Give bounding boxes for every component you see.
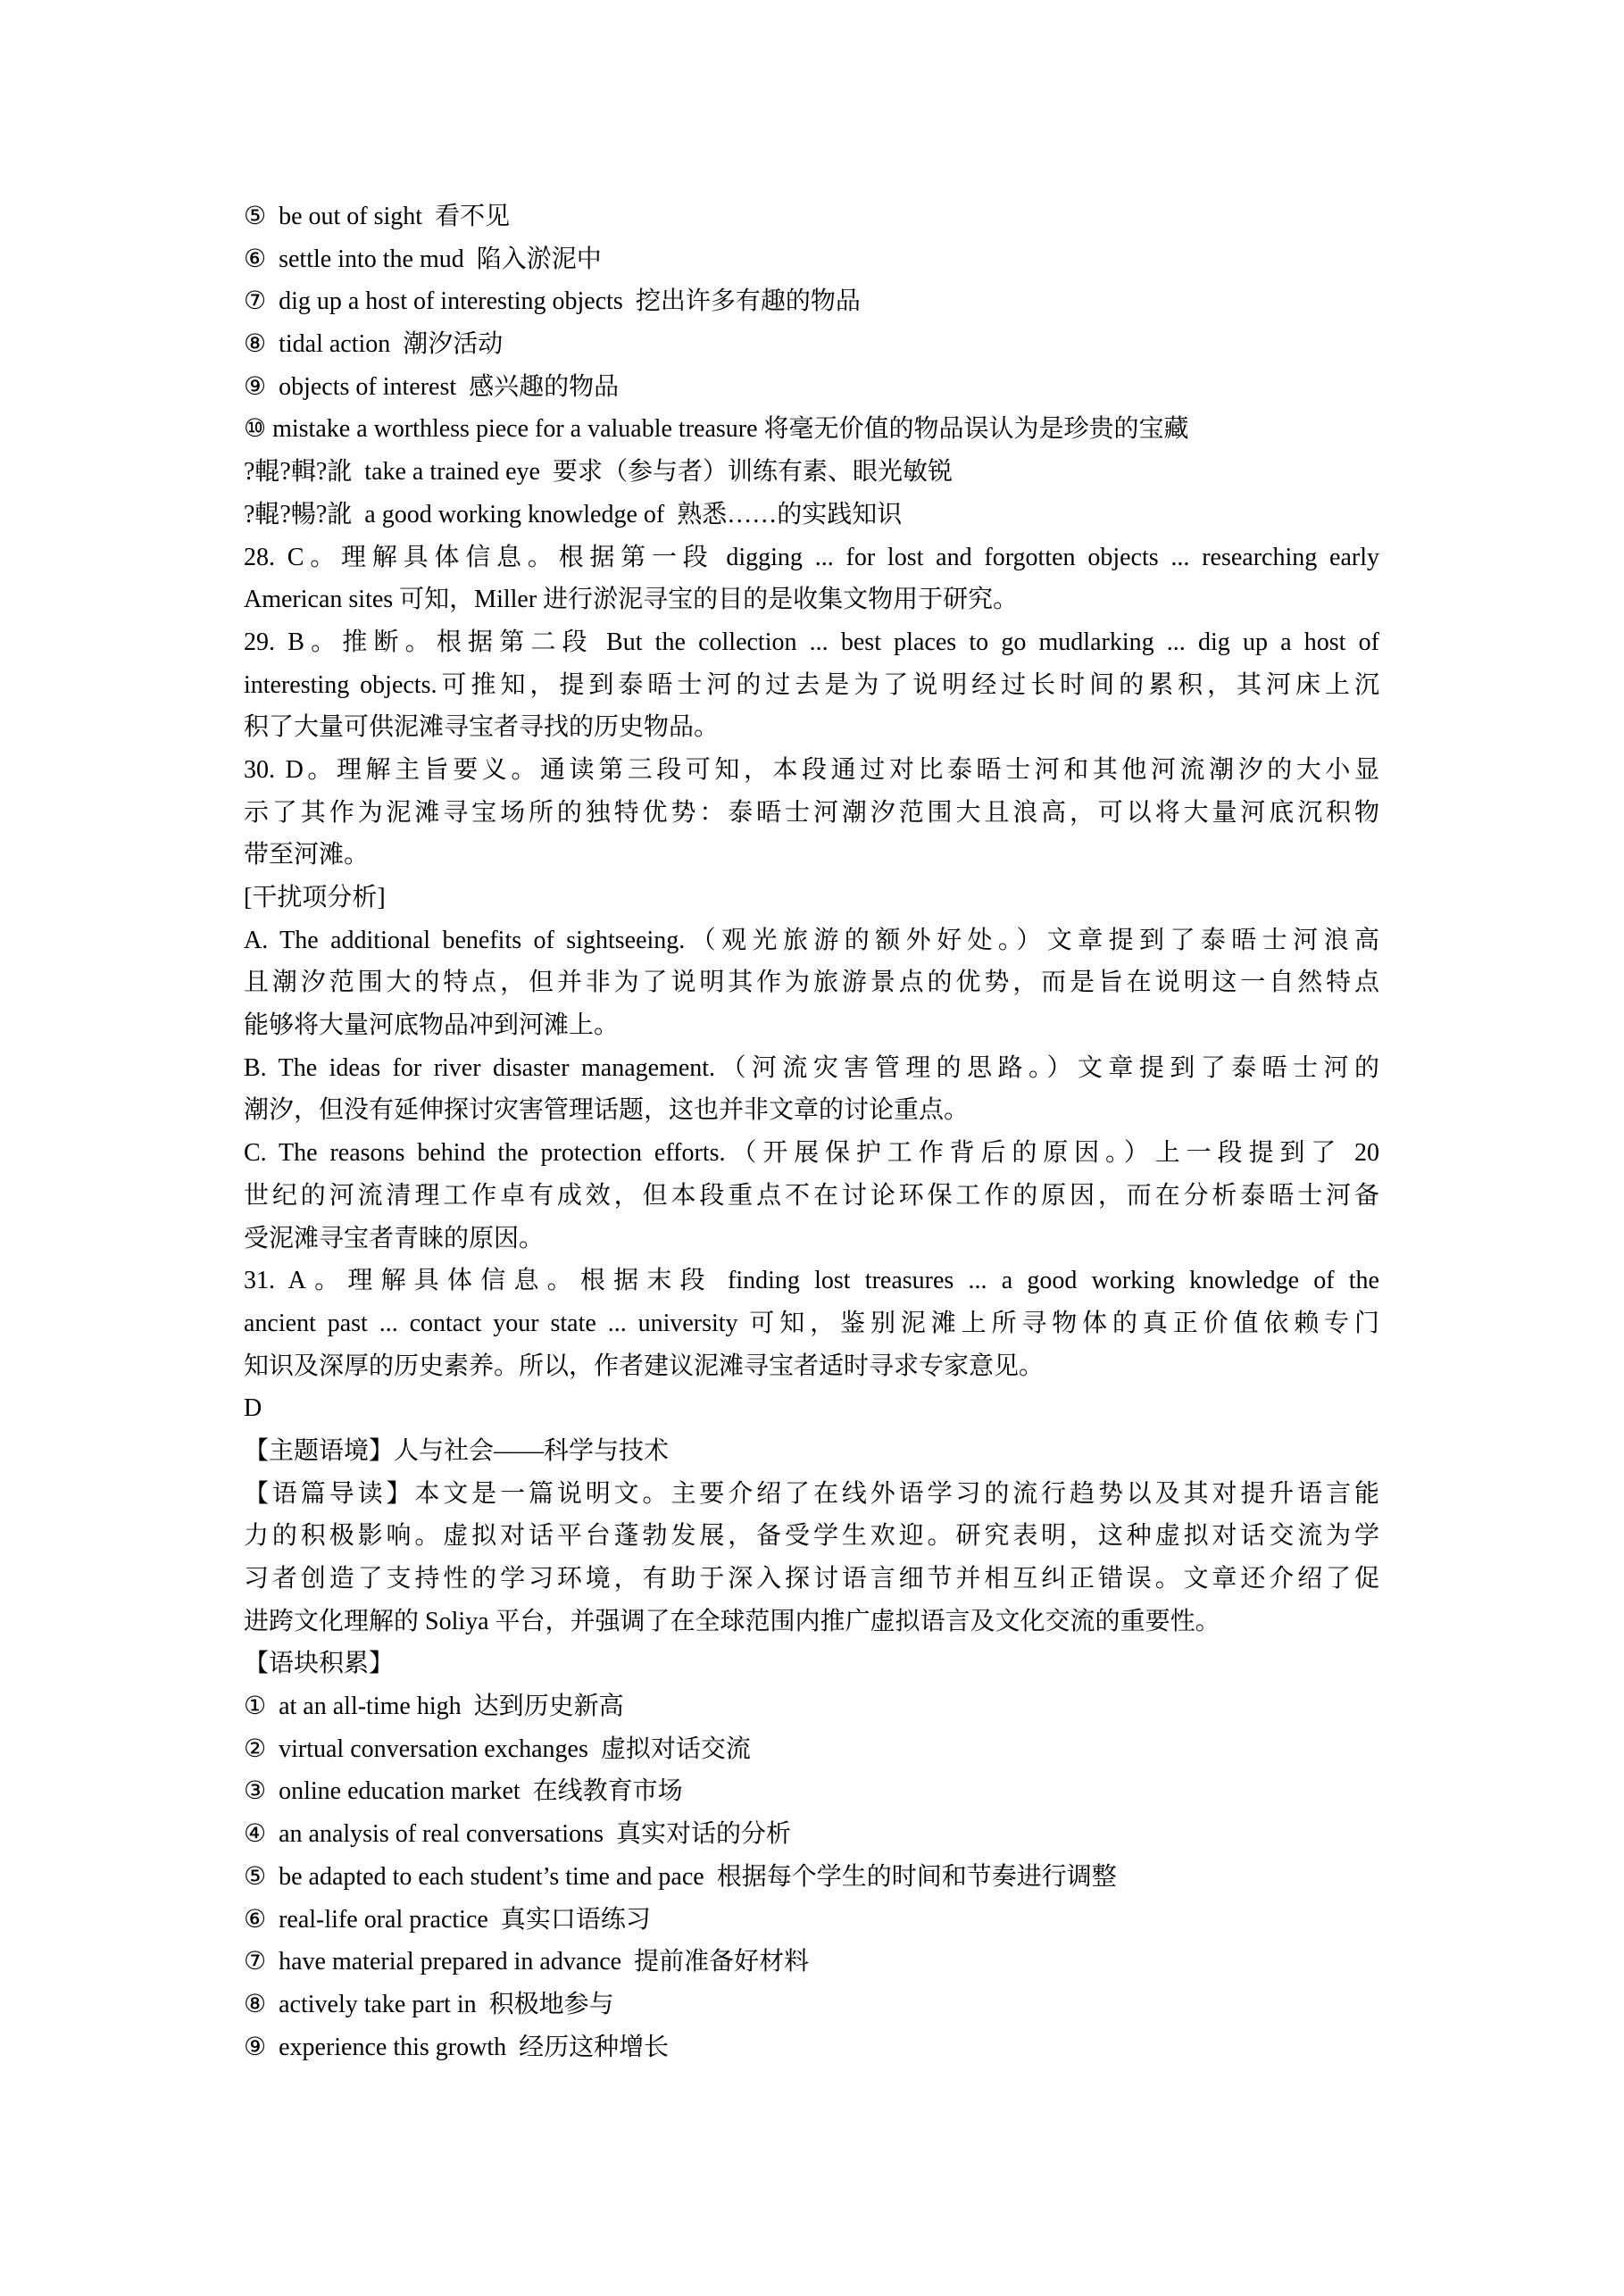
option-analysis-line: 能够将大量河底物品冲到河滩上。: [244, 1004, 1379, 1047]
answer-explanation-line: interesting objects.可推知，提到泰晤士河的过去是为了说明经过…: [244, 664, 1379, 707]
document-page: { "page": { "background": "#ffffff", "te…: [0, 0, 1624, 2296]
phrase-item: ?輥?暢?訛 a good working knowledge of 熟悉……的…: [244, 494, 1379, 537]
theme-context-line: 【主题语境】人与社会——科学与技术: [244, 1430, 1379, 1473]
option-analysis-line: 受泥滩寻宝者青睐的原因。: [244, 1218, 1379, 1260]
phrase-item: ⑨ experience this growth 经历这种增长: [244, 2026, 1379, 2069]
option-analysis-line: 且潮汐范围大的特点，但并非为了说明其作为旅游景点的优势，而是旨在说明这一自然特点: [244, 961, 1379, 1004]
phrase-item: ④ an analysis of real conversations 真实对话…: [244, 1813, 1379, 1856]
passage-intro-line: 进跨文化理解的 Soliya 平台，并强调了在全球范围内推广虚拟语言及文化交流的…: [244, 1601, 1379, 1643]
distractor-analysis-heading: [干扰项分析]: [244, 877, 1379, 919]
answer-explanation-line: 29. B。推断。根据第二段 But the collection ... be…: [244, 621, 1379, 664]
phrase-item: ⑦ have material prepared in advance 提前准备…: [244, 1941, 1379, 1984]
option-analysis-line: C. The reasons behind the protection eff…: [244, 1132, 1379, 1175]
chunk-heading: 【语块积累】: [244, 1643, 1379, 1685]
phrase-item: ③ online education market 在线教育市场: [244, 1770, 1379, 1813]
option-analysis-line: 世纪的河流清理工作卓有成效，但本段重点不在讨论环保工作的原因，而在分析泰晤士河备: [244, 1175, 1379, 1218]
answer-explanation-line: 积了大量可供泥滩寻宝者寻找的历史物品。: [244, 706, 1379, 749]
phrase-item: ⑥ settle into the mud 陷入淤泥中: [244, 238, 1379, 281]
phrase-item: ⑤ be out of sight 看不见: [244, 195, 1379, 238]
phrase-item: ⑨ objects of interest 感兴趣的物品: [244, 366, 1379, 409]
phrase-item: ⑩ mistake a worthless piece for a valuab…: [244, 408, 1379, 451]
passage-intro-line: 力的积极影响。虚拟对话平台蓬勃发展，备受学生欢迎。研究表明，这种虚拟对话交流为学: [244, 1515, 1379, 1558]
passage-intro-line: 习者创造了支持性的学习环境，有助于深入探讨语言细节并相互纠正错误。文章还介绍了促: [244, 1558, 1379, 1601]
option-analysis-line: 潮汐，但没有延伸探讨灾害管理话题，这也并非文章的讨论重点。: [244, 1089, 1379, 1132]
passage-label: D: [244, 1387, 1379, 1430]
answer-explanation-line: 31. A。理解具体信息。根据末段 finding lost treasures…: [244, 1260, 1379, 1302]
answer-explanation-line: 28. C。理解具体信息。根据第一段 digging ... for lost …: [244, 537, 1379, 579]
option-analysis-line: A. The additional benefits of sightseein…: [244, 919, 1379, 962]
phrase-item: ⑧ tidal action 潮汐活动: [244, 323, 1379, 366]
phrase-item: ⑤ be adapted to each student’s time and …: [244, 1856, 1379, 1899]
phrase-item: ② virtual conversation exchanges 虚拟对话交流: [244, 1728, 1379, 1771]
answer-explanation-line: 带至河滩。: [244, 834, 1379, 877]
passage-intro-line: 【语篇导读】本文是一篇说明文。主要介绍了在线外语学习的流行趋势以及其对提升语言能: [244, 1473, 1379, 1516]
option-analysis-line: B. The ideas for river disaster manageme…: [244, 1047, 1379, 1090]
answer-explanation-line: ancient past ... contact your state ... …: [244, 1302, 1379, 1345]
phrase-item: ① at an all-time high 达到历史新高: [244, 1685, 1379, 1728]
phrase-item: ⑥ real-life oral practice 真实口语练习: [244, 1899, 1379, 1942]
answer-explanation-line: 示了其作为泥滩寻宝场所的独特优势：泰晤士河潮汐范围大且浪高，可以将大量河底沉积物: [244, 792, 1379, 835]
phrase-item: ⑦ dig up a host of interesting objects 挖…: [244, 280, 1379, 323]
answer-explanation-line: American sites 可知，Miller 进行淤泥寻宝的目的是收集文物用…: [244, 578, 1379, 621]
document-text-block: ⑤ be out of sight 看不见⑥ settle into the m…: [244, 195, 1379, 2068]
answer-explanation-line: 30. D。理解主旨要义。通读第三段可知，本段通过对比泰晤士河和其他河流潮汐的大…: [244, 749, 1379, 792]
phrase-item: ⑧ actively take part in 积极地参与: [244, 1984, 1379, 2026]
answer-explanation-line: 知识及深厚的历史素养。所以，作者建议泥滩寻宝者适时寻求专家意见。: [244, 1345, 1379, 1388]
phrase-item: ?輥?輯?訛 take a trained eye 要求（参与者）训练有素、眼光…: [244, 451, 1379, 494]
